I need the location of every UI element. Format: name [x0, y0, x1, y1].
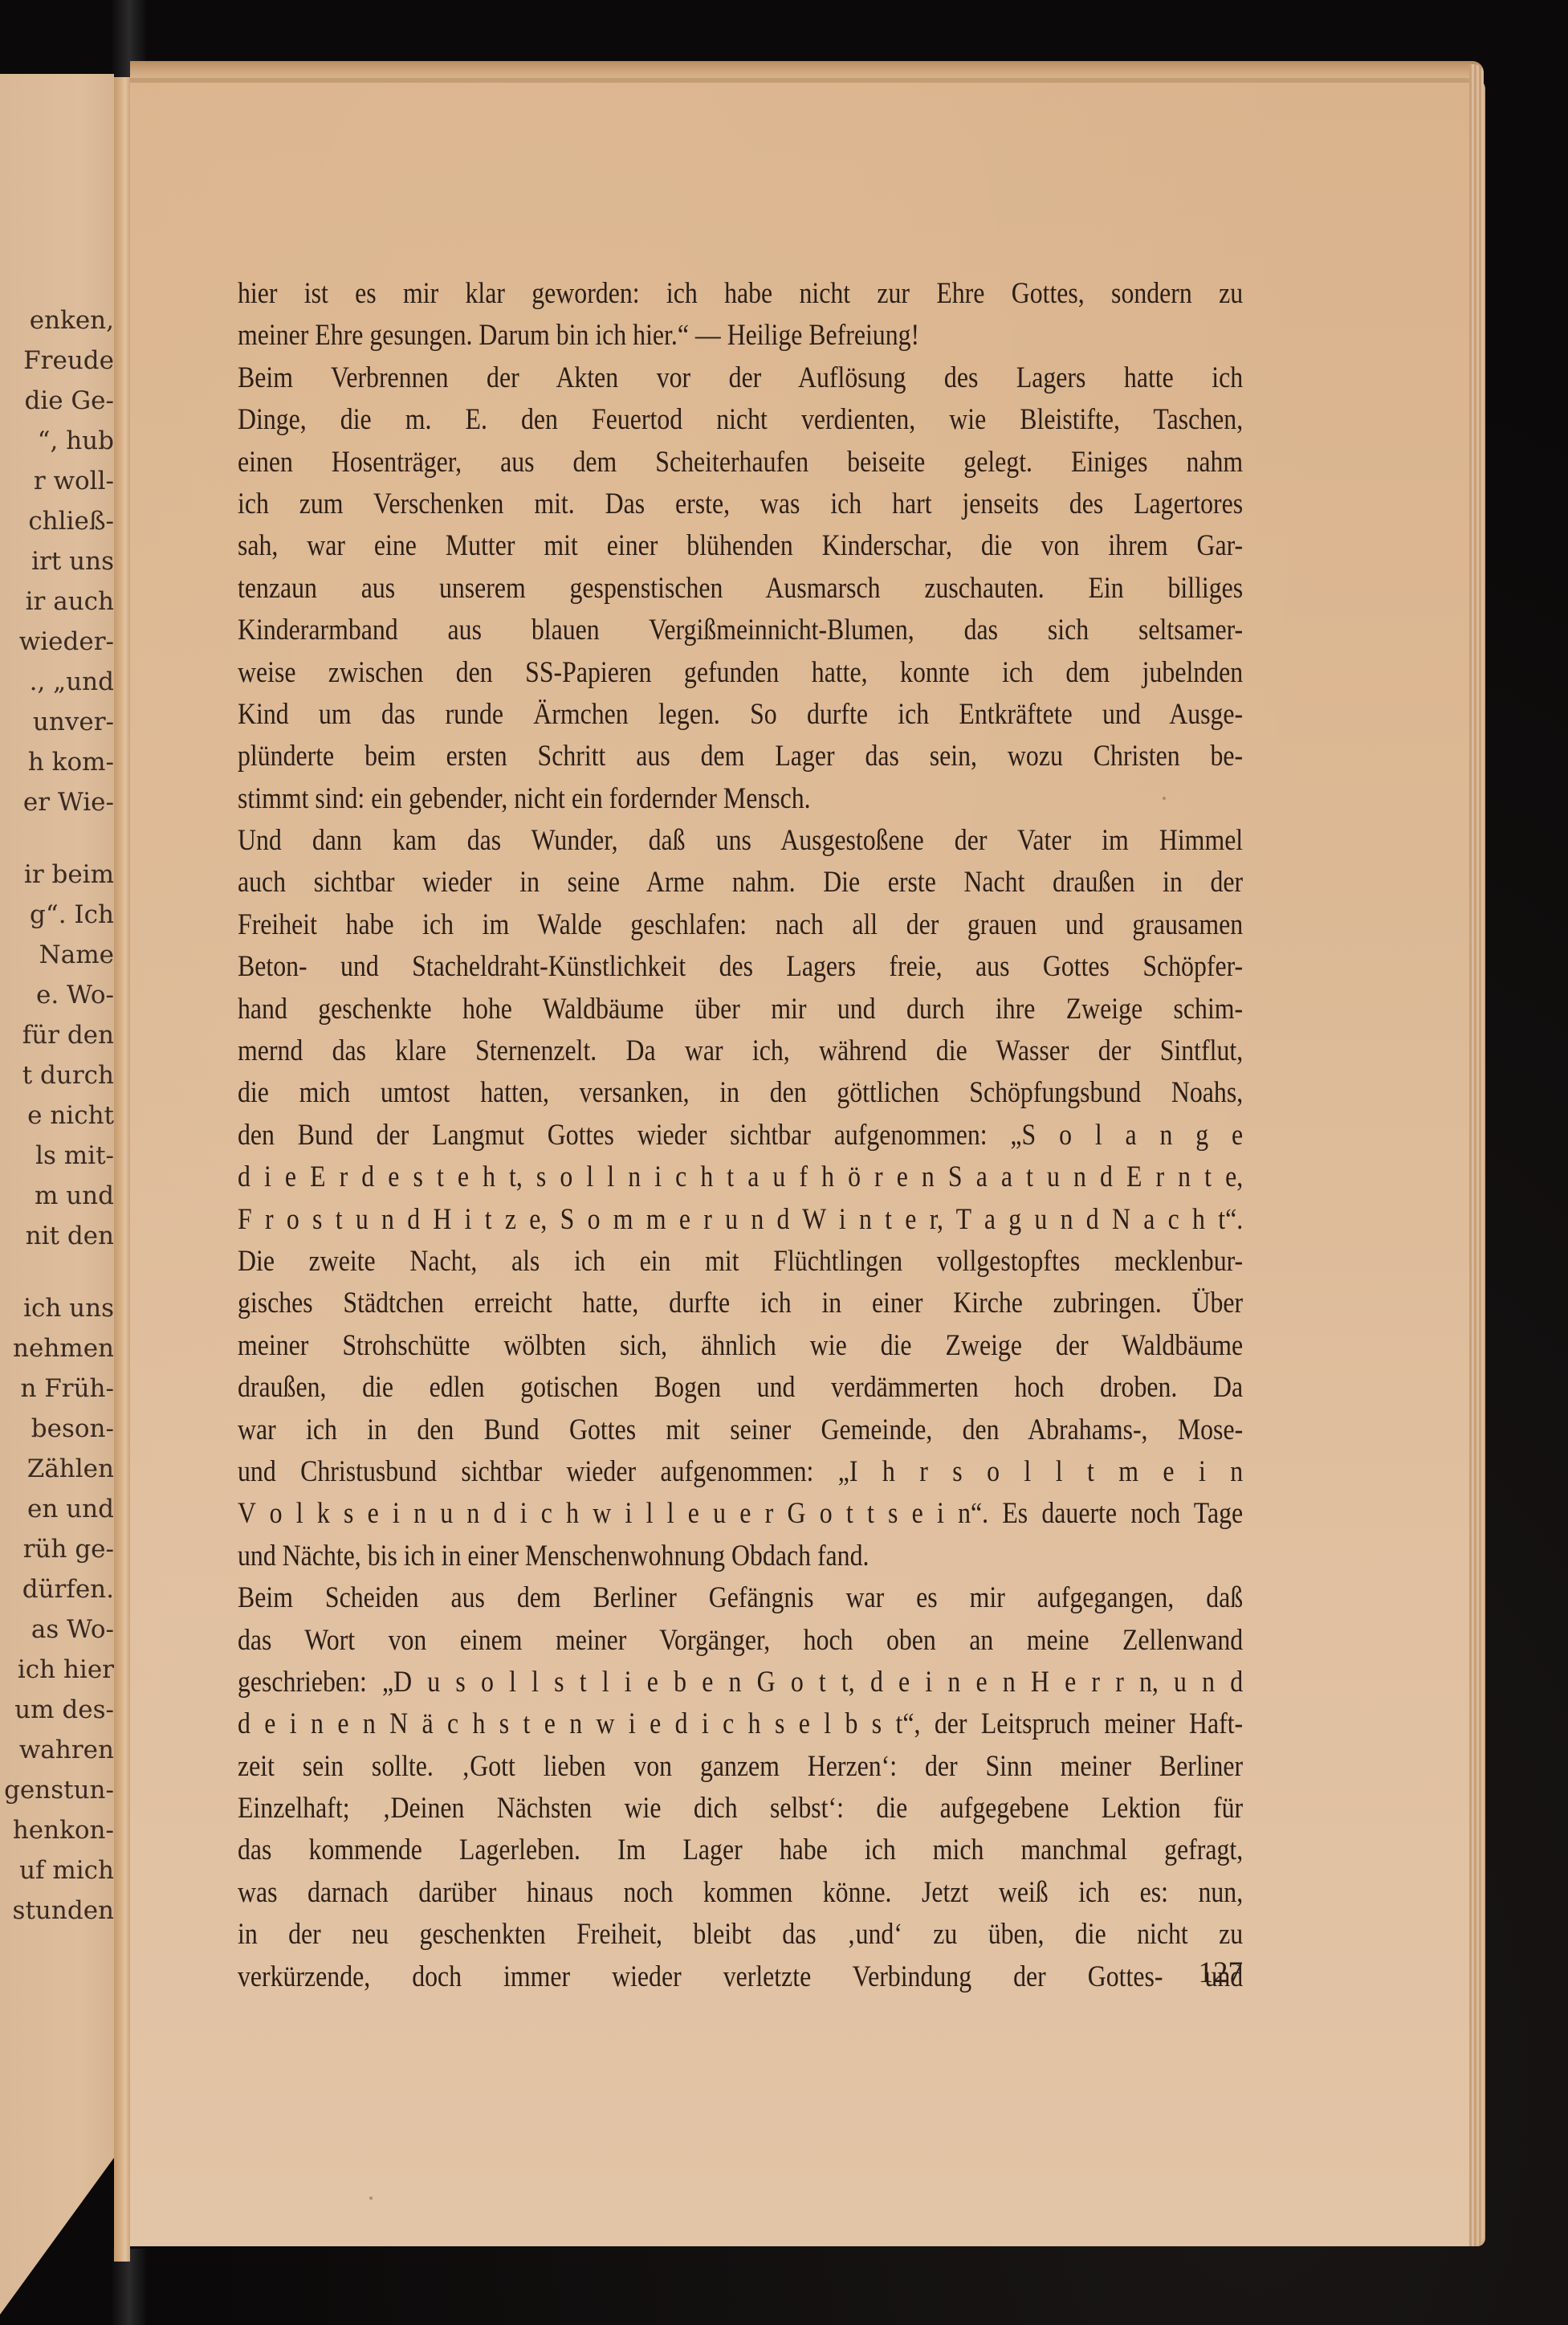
- left-line: t durch: [0, 1055, 114, 1095]
- page-body-text: hier ist es mir klar geworden: ich habe …: [238, 273, 1102, 1998]
- left-line: ls mit-: [0, 1136, 114, 1176]
- left-line: uf mich: [0, 1850, 114, 1891]
- left-line: ir auch: [0, 581, 114, 622]
- left-line: genstun-: [0, 1770, 114, 1810]
- text-line: draußen, die edlen gotischen Bogen und v…: [238, 1367, 1243, 1409]
- text-line: zeit sein sollte. ‚Gott lieben von ganze…: [238, 1746, 1243, 1788]
- left-line: ich hier: [0, 1650, 114, 1690]
- paper-fleck: [369, 2197, 373, 2200]
- left-line: er Wie-: [0, 782, 114, 822]
- left-page-fragment: enken, Freude die Ge- “, hub r woll- chl…: [0, 74, 114, 2315]
- text-line: V o l k s e i n u n d i c h w i l l e u …: [238, 1493, 1243, 1535]
- text-line: Und dann kam das Wunder, daß uns Ausgest…: [238, 820, 1243, 862]
- text-line: d i e E r d e s t e h t, s o l l n i c h…: [238, 1156, 1243, 1198]
- left-line: “, hub: [0, 421, 114, 461]
- left-line: en und: [0, 1489, 114, 1529]
- paper-fleck: [1163, 797, 1166, 800]
- left-gap: [0, 1256, 114, 1288]
- text-line: das Wort von einem meiner Vorgänger, hoc…: [238, 1620, 1243, 1662]
- left-line: unver-: [0, 702, 114, 742]
- text-line: verkürzende, doch immer wieder verletzte…: [238, 1956, 1243, 1998]
- text-line: war ich in den Bund Gottes mit seiner Ge…: [238, 1409, 1243, 1451]
- left-line: nit den: [0, 1216, 114, 1256]
- left-line: Name: [0, 935, 114, 975]
- text-line: gisches Städtchen erreicht hatte, durfte…: [238, 1283, 1243, 1324]
- text-line: meiner Ehre gesungen. Darum bin ich hier…: [238, 315, 1243, 357]
- text-line: sah, war eine Mutter mit einer blühenden…: [238, 525, 1243, 567]
- text-line: F r o s t u n d H i t z e, S o m m e r u…: [238, 1199, 1243, 1241]
- left-page-text: enken, Freude die Ge- “, hub r woll- chl…: [0, 300, 114, 1931]
- text-line: in der neu geschenkten Freiheit, bleibt …: [238, 1914, 1243, 1956]
- left-line: henkon-: [0, 1810, 114, 1850]
- text-line: Kinderarmband aus blauen Vergißmeinnicht…: [238, 610, 1243, 651]
- left-line: n Früh-: [0, 1368, 114, 1409]
- left-line: stunden: [0, 1891, 114, 1931]
- text-line: Die zweite Nacht, als ich ein mit Flücht…: [238, 1241, 1243, 1283]
- text-line: meiner Strohschütte wölbten sich, ähnlic…: [238, 1325, 1243, 1367]
- text-line: Kind um das runde Ärmchen legen. So durf…: [238, 694, 1243, 736]
- left-line: chließ-: [0, 501, 114, 541]
- text-line: Beim Verbrennen der Akten vor der Auflös…: [238, 357, 1243, 399]
- left-line: Zählen: [0, 1449, 114, 1489]
- text-line: Dinge, die m. E. den Feuertod nicht verd…: [238, 399, 1243, 441]
- page-number: 127: [1195, 1956, 1243, 1990]
- text-line: Beton- und Stacheldraht-Künstlichkeit de…: [238, 946, 1243, 988]
- text-line: und Nächte, bis ich in einer Menschenwoh…: [238, 1536, 1243, 1577]
- left-line: beson-: [0, 1409, 114, 1449]
- left-line: für den: [0, 1015, 114, 1055]
- left-line: nehmen: [0, 1328, 114, 1368]
- text-line: die mich umtost hatten, versanken, in de…: [238, 1072, 1243, 1114]
- page-stack-edge: [1469, 64, 1484, 2246]
- left-line: enken,: [0, 300, 114, 341]
- text-line: Einzelhaft; ‚Deinen Nächsten wie dich se…: [238, 1788, 1243, 1829]
- text-line: den Bund der Langmut Gottes wieder sicht…: [238, 1115, 1243, 1156]
- page-top-edge: [130, 61, 1484, 79]
- text-line: hier ist es mir klar geworden: ich habe …: [238, 273, 1243, 315]
- text-line: mernd das klare Sternenzelt. Da war ich,…: [238, 1030, 1243, 1072]
- left-line: ich uns: [0, 1288, 114, 1328]
- text-line: d e i n e n N ä c h s t e n w i e d i c …: [238, 1703, 1243, 1745]
- left-line: m und: [0, 1176, 114, 1216]
- left-line: ir beim: [0, 855, 114, 895]
- text-line: Beim Scheiden aus dem Berliner Gefängnis…: [238, 1577, 1243, 1619]
- page-gutter: [114, 77, 130, 2262]
- text-line: Freiheit habe ich im Walde geschlafen: n…: [238, 904, 1243, 946]
- left-line: die Ge-: [0, 381, 114, 421]
- left-line: rüh ge-: [0, 1529, 114, 1569]
- left-gap: [0, 822, 114, 855]
- text-line: stimmt sind: ein gebender, nicht ein for…: [238, 778, 1243, 820]
- left-line: g“. Ich: [0, 895, 114, 935]
- text-line: tenzaun aus unserem gespenstischen Ausma…: [238, 568, 1243, 610]
- text-line: plünderte beim ersten Schritt aus dem La…: [238, 736, 1243, 777]
- text-line: auch sichtbar wieder in seine Arme nahm.…: [238, 862, 1243, 903]
- left-line: h kom-: [0, 742, 114, 782]
- left-line: irt uns: [0, 541, 114, 581]
- text-line: hand geschenkte hohe Waldbäume über mir …: [238, 989, 1243, 1030]
- left-line: e nicht: [0, 1095, 114, 1136]
- text-line: das kommende Lagerleben. Im Lager habe i…: [238, 1829, 1243, 1871]
- left-line: r woll-: [0, 461, 114, 501]
- text-line: einen Hosenträger, aus dem Scheiterhaufe…: [238, 442, 1243, 483]
- left-line: Freude: [0, 341, 114, 381]
- left-line: wieder-: [0, 622, 114, 662]
- text-line: weise zwischen den SS-Papieren gefunden …: [238, 652, 1243, 694]
- text-line: geschrieben: „D u s o l l s t l i e b e …: [238, 1662, 1243, 1703]
- left-line: as Wo-: [0, 1609, 114, 1650]
- left-line: e. Wo-: [0, 975, 114, 1015]
- left-line: um des-: [0, 1690, 114, 1730]
- left-line: dürfen.: [0, 1569, 114, 1609]
- text-line: was darnach darüber hinaus noch kommen k…: [238, 1872, 1243, 1914]
- left-line: wahren: [0, 1730, 114, 1770]
- text-line: ich zum Verschenken mit. Das erste, was …: [238, 483, 1243, 525]
- text-line: und Christusbund sichtbar wieder aufgeno…: [238, 1451, 1243, 1493]
- left-line: ., „und: [0, 662, 114, 702]
